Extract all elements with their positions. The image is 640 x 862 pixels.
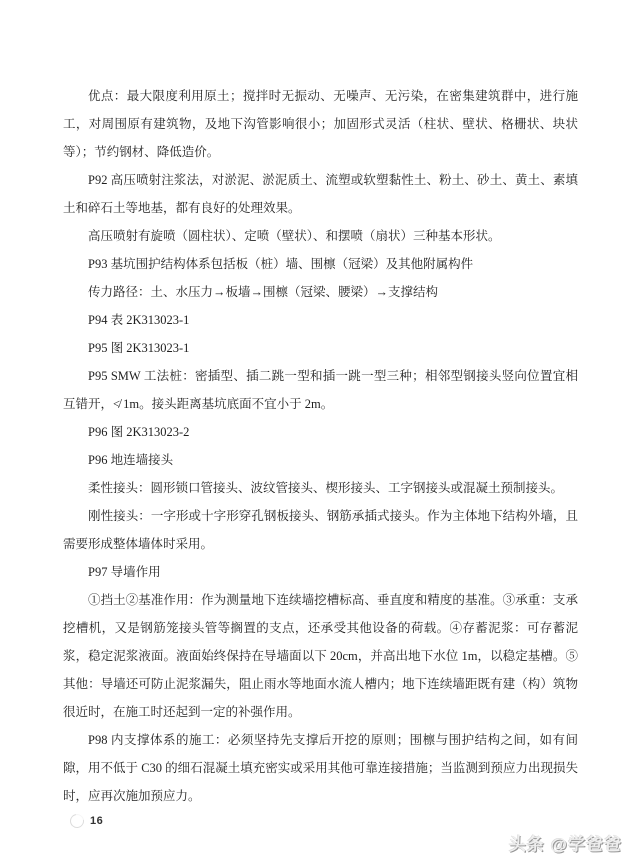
document-paragraph: 刚性接头：一字形或十字形穿孔钢板接头、钢筋承插式接头。作为主体地下结构外墙，且需… — [63, 502, 578, 558]
document-paragraph: 柔性接头：圆形锁口管接头、波纹管接头、楔形接头、工字钢接头或混凝土预制接头。 — [63, 474, 578, 502]
document-paragraph: P98 内支撑体系的施工：必须坚持先支撑后开挖的原则；围檩与围护结构之间，如有间… — [63, 726, 578, 810]
loading-circle-icon — [67, 811, 86, 830]
document-paragraph: P96 地连墙接头 — [63, 446, 578, 474]
document-paragraph: P96 图 2K313023-2 — [63, 418, 578, 446]
document-content: 优点：最大限度利用原土；搅拌时无振动、无噪声、无污染，在密集建筑群中，进行施工，… — [63, 82, 578, 810]
document-paragraph: 高压喷射有旋喷（圆柱状）、定喷（壁状）、和摆喷（扇状）三种基本形状。 — [63, 222, 578, 250]
document-paragraph: P93 基坑围护结构体系包括板（桩）墙、围檩（冠梁）及其他附属构件 — [63, 250, 578, 278]
document-page: 优点：最大限度利用原土；搅拌时无振动、无噪声、无污染，在密集建筑群中，进行施工，… — [0, 0, 640, 862]
page-footer: 16 — [70, 812, 103, 830]
document-paragraph: 传力路径：土、水压力→板墙→围檩（冠梁、腰梁）→支撑结构 — [63, 278, 578, 306]
toutiao-watermark: 头条 @学爸爸 — [509, 830, 622, 855]
document-paragraph: P94 表 2K313023-1 — [63, 306, 578, 334]
document-paragraph: P97 导墙作用 — [63, 558, 578, 586]
page-number: 16 — [90, 815, 103, 827]
document-paragraph: ①挡土②基准作用：作为测量地下连续墙挖槽标高、垂直度和精度的基准。③承重：支承挖… — [63, 586, 578, 726]
document-paragraph: P92 高压喷射注浆法，对淤泥、淤泥质土、流塑或软塑黏性土、粉土、砂土、黄土、素… — [63, 166, 578, 222]
document-paragraph: P95 图 2K313023-1 — [63, 334, 578, 362]
document-paragraph: P95 SMW 工法桩：密插型、插二跳一型和插一跳一型三种；相邻型钢接头竖向位置… — [63, 362, 578, 418]
document-paragraph: 优点：最大限度利用原土；搅拌时无振动、无噪声、无污染，在密集建筑群中，进行施工，… — [63, 82, 578, 166]
